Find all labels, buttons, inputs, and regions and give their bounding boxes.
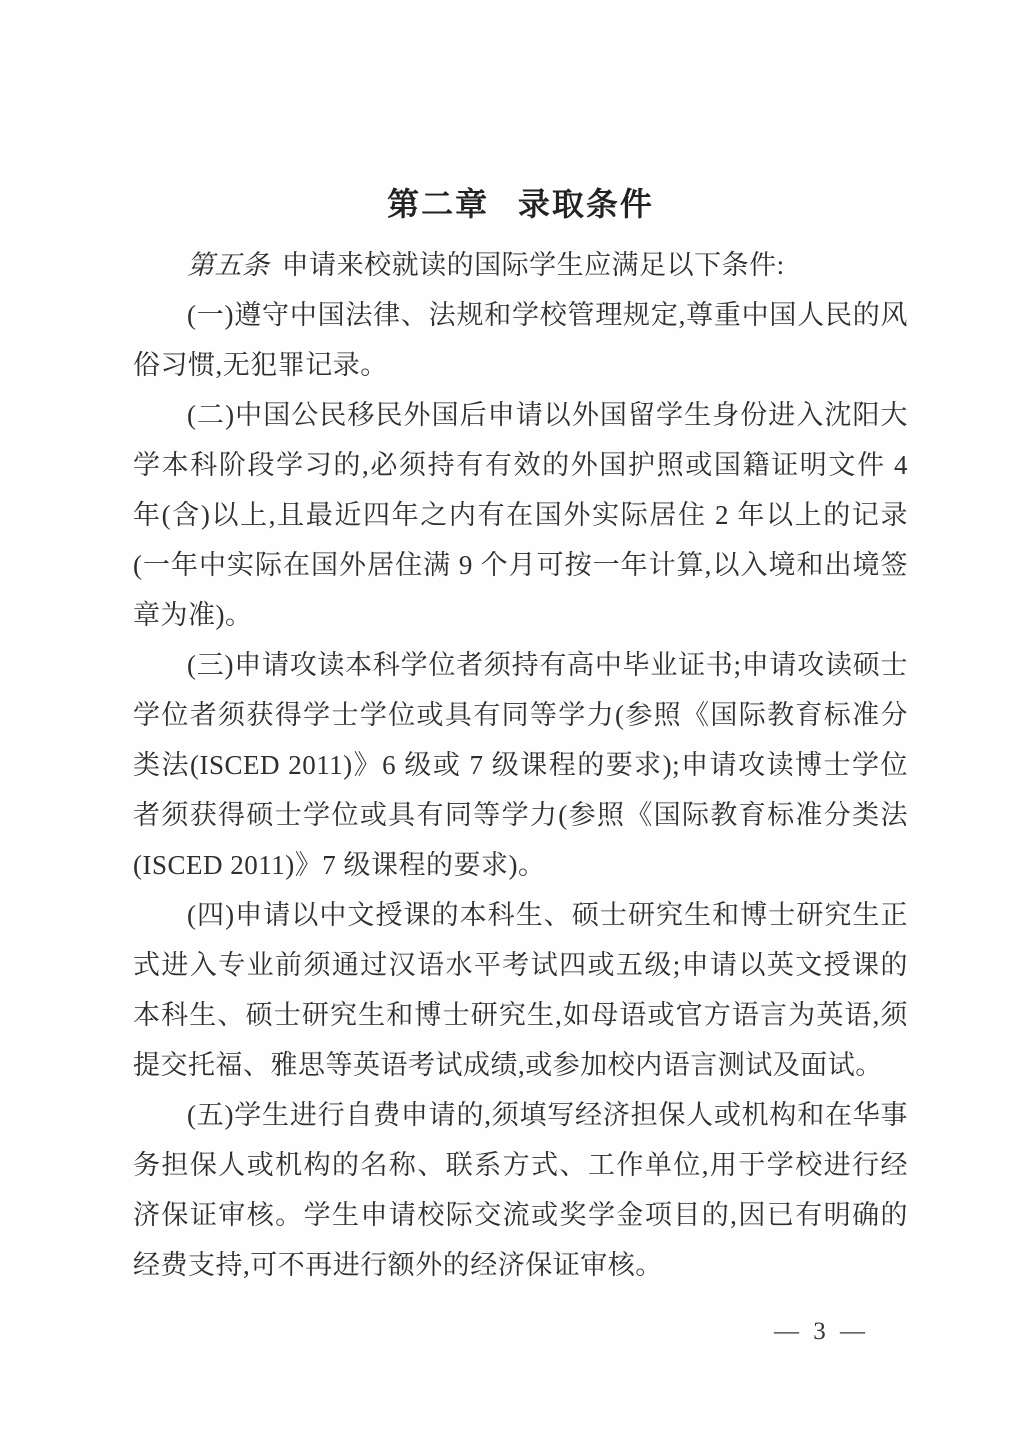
document-body: 第五条申请来校就读的国际学生应满足以下条件: (一)遵守中国法律、法规和学校管理… bbox=[133, 240, 908, 1290]
clause-paragraph-3: (三)申请攻读本科学位者须持有高中毕业证书;申请攻读硕士学位者须获得学士学位或具… bbox=[133, 640, 908, 890]
document-page: 第二章录取条件 第五条申请来校就读的国际学生应满足以下条件: (一)遵守中国法律… bbox=[0, 0, 1024, 1448]
chapter-title: 第二章录取条件 bbox=[133, 184, 908, 224]
article-number: 第五条 bbox=[187, 250, 270, 280]
clause-paragraph-4: (四)申请以中文授课的本科生、硕士研究生和博士研究生正式进入专业前须通过汉语水平… bbox=[133, 890, 908, 1090]
clause-paragraph-5: (五)学生进行自费申请的,须填写经济担保人或机构和在华事务担保人或机构的名称、联… bbox=[133, 1090, 908, 1290]
clause-paragraph-2: (二)中国公民移民外国后申请以外国留学生身份进入沈阳大学本科阶段学习的,必须持有… bbox=[133, 390, 908, 640]
page-number: — 3 — bbox=[774, 1318, 869, 1346]
chapter-number: 第二章 bbox=[387, 186, 489, 222]
clause-paragraph-1: (一)遵守中国法律、法规和学校管理规定,尊重中国人民的风俗习惯,无犯罪记录。 bbox=[133, 290, 908, 390]
chapter-title-text: 录取条件 bbox=[518, 186, 654, 222]
article-paragraph: 第五条申请来校就读的国际学生应满足以下条件: bbox=[133, 240, 908, 290]
article-text: 申请来校就读的国际学生应满足以下条件: bbox=[282, 250, 785, 280]
